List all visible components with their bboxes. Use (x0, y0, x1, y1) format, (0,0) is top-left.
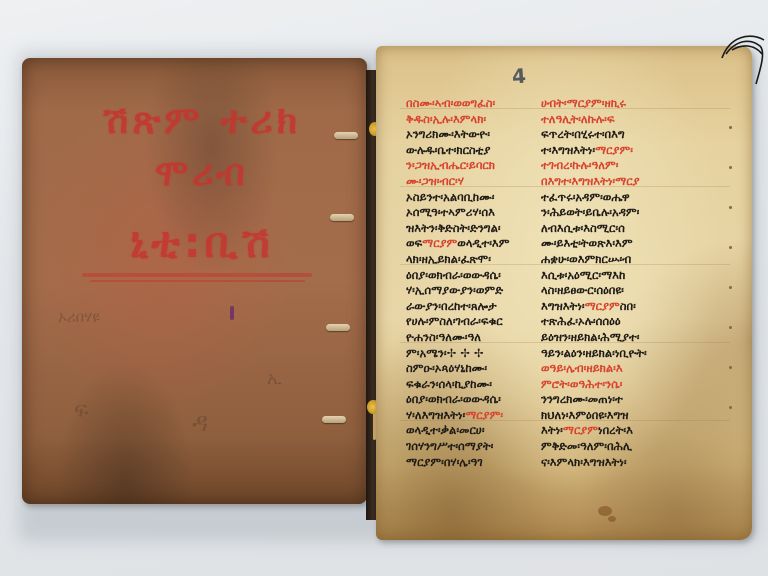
loose-thread (720, 30, 768, 90)
binding-stitch (334, 132, 358, 139)
cover-title-line-3: ኒቲ:ቢሽ (72, 218, 332, 268)
manuscript-line: ም፡አሜን፡✢ ✢ ✢ (406, 346, 556, 362)
cover-graffiti: ዳ (192, 408, 208, 439)
pricking-hole (729, 246, 732, 249)
cover-graffiti: ኦሪበሃዩ (58, 308, 100, 326)
cover-underline-secondary (90, 280, 305, 282)
manuscript-line: ቅዱስ፡ኢሉ፡እምላክ፡ (406, 112, 556, 128)
manuscript-line: ወላዲተ፡ቃል፡መርሀ፡ (406, 423, 556, 439)
manuscript-line: ዕበያ፡ወክብራ፡ወውዳሴ፡ (406, 392, 556, 408)
manuscript-line: ተፈጥሩ፡አዳም፡ወሔዋ (541, 190, 711, 206)
manuscript-line: ተ፡እግዝእትነ፡ማርያም፡ (541, 143, 711, 159)
pricking-hole (729, 326, 732, 329)
manuscript-line: ተገብረ፡ኩሉ፡ዓለም፡ (541, 158, 711, 174)
pricking-hole (729, 406, 732, 409)
manuscript-line: ኦስይንተ፡አልባቢከሙ፡ (406, 190, 556, 206)
manuscript-line: ሙ፡ጋዝ፡ብር፡ሃ (406, 174, 556, 190)
manuscript-line: ሐቋሁ፡ወእምክርሡ፡ብ (541, 252, 711, 268)
manuscript-line: ማርያም፡በሃ፡ሌ፡ዓገ (406, 455, 556, 471)
manuscript-line: በስሙ፡ኣብ፡ወወግፈስ፡ (406, 96, 556, 112)
cover-title-line-1: ሽጽም ተሪክ (72, 98, 332, 143)
ink-mark (230, 306, 234, 320)
pricking-hole (729, 126, 732, 129)
manuscript-line: ምቅድመ፡ዓለም፡በሕሊ (541, 439, 711, 455)
manuscript-line: ክህለነ፡እምዕበዩ፡እግዝ (541, 408, 711, 424)
manuscript-line: ምሮት፡ወዓሕተ፡ንሴ፡ (541, 377, 711, 393)
manuscript-line: ውሉዱ፡ቤተ፡ክርስቲያ (406, 143, 556, 159)
manuscript-line: ኦሰሚዓ፡ተኣምሪሃ፡ሰእ (406, 205, 556, 221)
manuscript-line: ዮሐንስ፡ዓለሙ፡ዓለ (406, 330, 556, 346)
text-column-right: ሀብት፡ማርያም፡ዘኪሩተለዓሊት፡ለኩሉ፡ፍፍጥረት፡በሂሩተ፡በእግተ፡እግ… (541, 96, 711, 470)
manuscript-line: ላስ፡ዘይፀውር፡ሰዕበዩ፡ (541, 283, 711, 299)
cover-graffiti: ኢ (267, 368, 282, 389)
manuscript-line: ተለዓሊት፡ለኩሉ፡ፍ (541, 112, 711, 128)
text-column-left: በስሙ፡ኣብ፡ወወግፈስ፡ቅዱስ፡ኢሉ፡እምላክ፡ኦንግሪክሙ፡እትውዮ፡ውሉዱ… (406, 96, 556, 470)
manuscript-line: ሃ፡ኢሰማያውያን፡ወምድ (406, 283, 556, 299)
manuscript-line: እትነ፡ማርያምነበረት፡እ (541, 423, 711, 439)
manuscript-line: እሲቱ፡አዕሚር፡ማእከ (541, 268, 711, 284)
manuscript-line: ወዓይ፡ሌብ፡ዘይክል፡እ (541, 361, 711, 377)
manuscript-line: ሙ፡ይእቲ፡ትወጽእ፡እም (541, 236, 711, 252)
manuscript-line: ይዕዝን፡ዘይክል፡ሕሚያተ፡ (541, 330, 711, 346)
manuscript-line: ወፍማርያምወላዲተ፡እም (406, 236, 556, 252)
manuscript-front-board: ሽጽም ተሪክ ሞሪብ ኒቲ:ቢሽ ኦሪበሃዩ ፍ ዳ ኢ (22, 58, 367, 504)
manuscript-line: ና፡እምላክ፡እግዝእትነ፡ (541, 455, 711, 471)
manuscript-line: ኦንግሪክሙ፡እትውዮ፡ (406, 127, 556, 143)
pricking-hole (729, 166, 732, 169)
manuscript-line: ተጽሕፈ፡ኦሉ፡ሰሰዕዕ (541, 314, 711, 330)
manuscript-line: ን፡ሕይወት፡ይቤሉ፡አዳም፡ (541, 205, 711, 221)
pricking-hole (729, 206, 732, 209)
manuscript-line: በእግተ፡እግዝእትነ፡ማርያ (541, 174, 711, 190)
manuscript-line: ፍጥረት፡በሂሩተ፡በእግ (541, 127, 711, 143)
cover-graffiti: ፍ (74, 398, 89, 423)
binding-stitch (326, 324, 350, 331)
manuscript-line: ን፡ጋዝኢብሔር፡ይባርክ (406, 158, 556, 174)
binding-stitch (322, 416, 346, 423)
stain (598, 506, 612, 516)
manuscript-line: ዓይን፡ልዕን፡ዘይክል፡ነቢዮት፡ (541, 346, 711, 362)
manuscript-line: ዝእትን፡ቅድስት፡ድንግል፡ (406, 221, 556, 237)
manuscript-line: ራውያን፡በረከተ፡ጸሎታ (406, 299, 556, 315)
parchment-page: 4 በስሙ፡ኣብ፡ወወግፈስ፡ቅዱስ፡ኢሉ፡እምላክ፡ኦንግሪክሙ፡እትውዮ፡ው… (376, 46, 752, 540)
manuscript-line: ለብእሲቱ፡እስሚር፡ሰ (541, 221, 711, 237)
manuscript-line: ሀብት፡ማርያም፡ዘኪሩ (541, 96, 711, 112)
manuscript-line: ንንግረክሙ፡መጠነ፡ተ (541, 392, 711, 408)
manuscript-line: ዕበያ፡ወክብራ፡ወውዳሴ፡ (406, 268, 556, 284)
manuscript-line: ፍቁራን፡ሰላ፡ኪያከሙ፡ (406, 377, 556, 393)
manuscript-line: ገሰሃንግሥተ፡ሰማያት፡ (406, 439, 556, 455)
manuscript-line: ላክ፡ዘኢይክል፡ፈጽሞ፡ (406, 252, 556, 268)
folio-number: 4 (511, 64, 527, 89)
pricking-hole (729, 286, 732, 289)
cover-title-line-2: ሞሪብ (72, 153, 332, 195)
cover-underline (82, 273, 312, 277)
manuscript-line: የሀሉ፡ምስለ፡ገብራ፡ፍቁር (406, 314, 556, 330)
manuscript-line: እግዝእትነ፡ማርያምስበ፡ (541, 299, 711, 315)
manuscript-line: ሃ፡ለእግዝእትነ፡ማርያም፡ (406, 408, 556, 424)
stain (608, 516, 616, 522)
pricking-hole (729, 366, 732, 369)
binding-stitch (330, 214, 354, 221)
manuscript-line: ስምዑ፡ኦጳዕሃኒከሙ፡ (406, 361, 556, 377)
